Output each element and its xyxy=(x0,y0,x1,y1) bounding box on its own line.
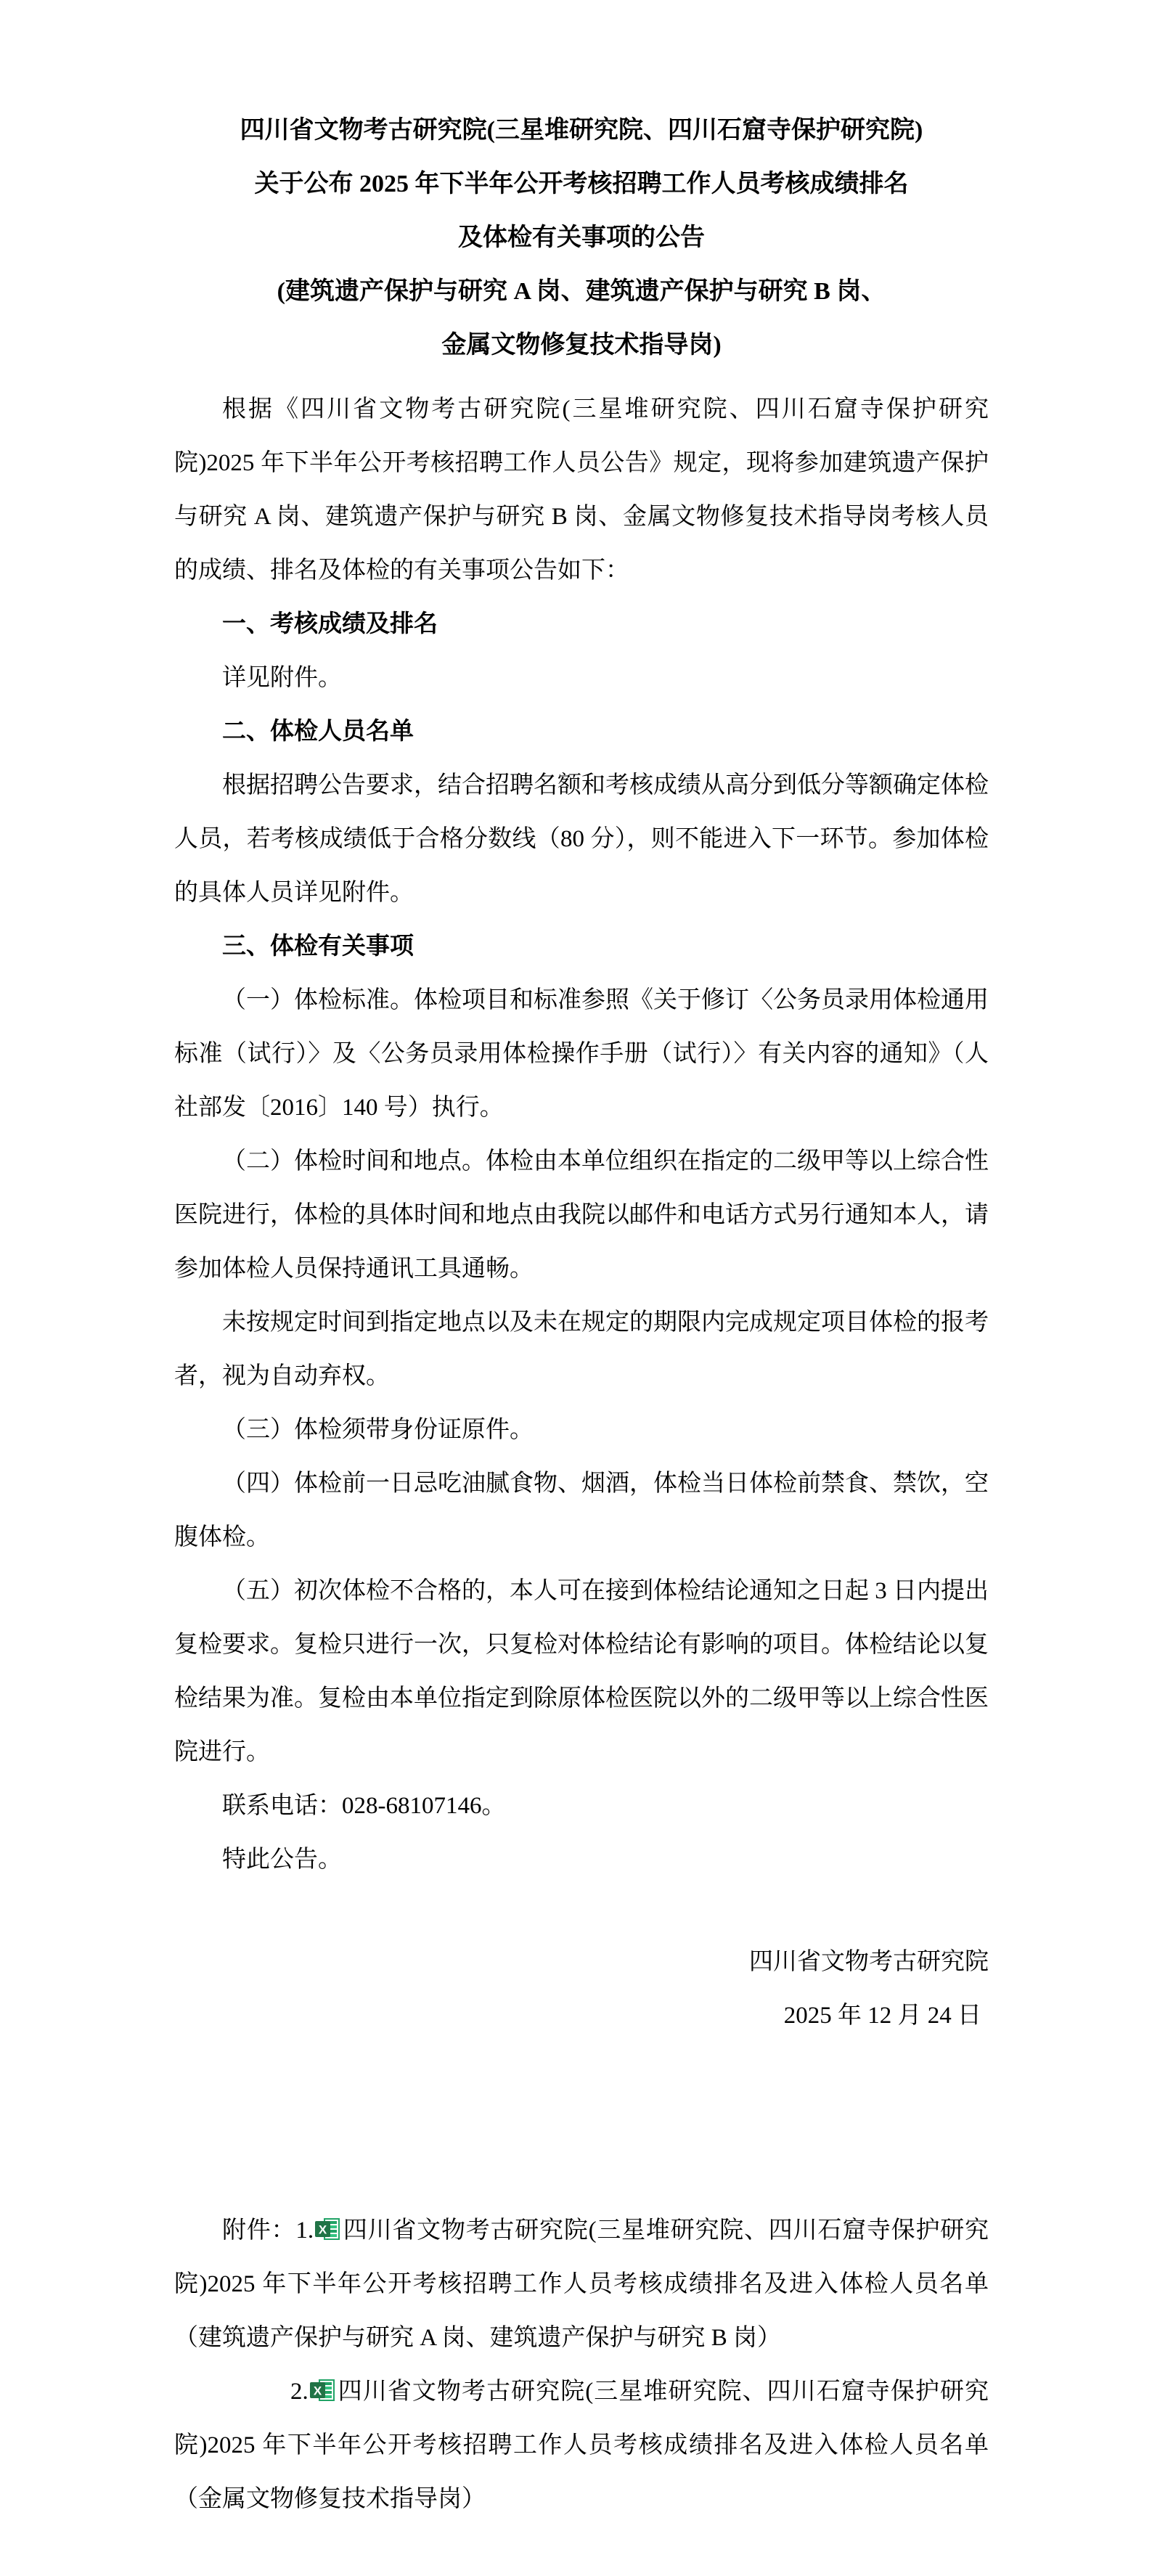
svg-text:X: X xyxy=(314,2384,322,2398)
attachments-list: 附件：1.X四川省文物考古研究院(三星堆研究院、四川石窟寺保护研究院)2025 … xyxy=(174,2204,989,2526)
title-line-4: (建筑遗产保护与研究 A 岗、建筑遗产保护与研究 B 岗、 xyxy=(174,265,989,319)
title-line-5: 金属文物修复技术指导岗) xyxy=(174,319,989,372)
paragraph-item-3: （三）体检须带身份证原件。 xyxy=(174,1403,989,1457)
excel-file-icon[interactable]: X xyxy=(310,2367,335,2389)
paragraph-see-attachment: 详见附件。 xyxy=(174,651,989,705)
attachments-label: 附件： xyxy=(222,2217,295,2244)
section-heading-3: 三、体检有关事项 xyxy=(174,920,989,973)
paragraph-item-4: （四）体检前一日忌吃油腻食物、烟酒，体检当日体检前禁食、禁饮，空腹体检。 xyxy=(174,1457,989,1564)
document-body: 根据《四川省文物考古研究院(三星堆研究院、四川石窟寺保护研究院)2025 年下半… xyxy=(174,383,989,1886)
paragraph-intro: 根据《四川省文物考古研究院(三星堆研究院、四川石窟寺保护研究院)2025 年下半… xyxy=(174,383,989,597)
paragraph-medical-list: 根据招聘公告要求，结合招聘名额和考核成绩从高分到低分等额确定体检人员，若考核成绩… xyxy=(174,759,989,920)
paragraph-item-1: （一）体检标准。体检项目和标准参照《关于修订〈公务员录用体检通用标准（试行）〉及… xyxy=(174,973,989,1134)
paragraph-closing: 特此公告。 xyxy=(174,1833,989,1886)
paragraph-item-5: （五）初次体检不合格的，本人可在接到体检结论通知之日起 3 日内提出复检要求。复… xyxy=(174,1564,989,1779)
signature-date: 2025 年 12 月 24 日 xyxy=(174,1989,989,2043)
document-content: 四川省文物考古研究院(三星堆研究院、四川石窟寺保护研究院) 关于公布 2025 … xyxy=(174,104,989,2526)
document-title: 四川省文物考古研究院(三星堆研究院、四川石窟寺保护研究院) 关于公布 2025 … xyxy=(174,104,989,372)
spacer xyxy=(174,2043,989,2204)
attachment-2-number: 2. xyxy=(290,2379,309,2405)
attachment-item-2: 2.X四川省文物考古研究院(三星堆研究院、四川石窟寺保护研究院)2025 年下半… xyxy=(174,2365,989,2526)
attachment-item-1: 附件：1.X四川省文物考古研究院(三星堆研究院、四川石窟寺保护研究院)2025 … xyxy=(174,2204,989,2365)
title-line-1: 四川省文物考古研究院(三星堆研究院、四川石窟寺保护研究院) xyxy=(174,104,989,158)
signature-block: 四川省文物考古研究院 2025 年 12 月 24 日 xyxy=(174,1935,989,2043)
excel-file-icon[interactable]: X xyxy=(315,2206,340,2228)
attachment-1-number: 1. xyxy=(295,2217,314,2244)
title-line-2: 关于公布 2025 年下半年公开考核招聘工作人员考核成绩排名 xyxy=(174,158,989,211)
section-heading-1: 一、考核成绩及排名 xyxy=(174,597,989,651)
section-heading-2: 二、体检人员名单 xyxy=(174,705,989,759)
paragraph-item-2: （二）体检时间和地点。体检由本单位组织在指定的二级甲等以上综合性医院进行，体检的… xyxy=(174,1134,989,1296)
announcement-page: 四川省文物考古研究院(三星堆研究院、四川石窟寺保护研究院) 关于公布 2025 … xyxy=(0,0,1152,2576)
paragraph-contact-phone: 联系电话：028-68107146。 xyxy=(174,1779,989,1833)
svg-text:X: X xyxy=(319,2223,327,2237)
signature-organization: 四川省文物考古研究院 xyxy=(174,1935,989,1989)
title-line-3: 及体检有关事项的公告 xyxy=(174,211,989,265)
paragraph-forfeit: 未按规定时间到指定地点以及未在规定的期限内完成规定项目体检的报考者，视为自动弃权… xyxy=(174,1296,989,1403)
